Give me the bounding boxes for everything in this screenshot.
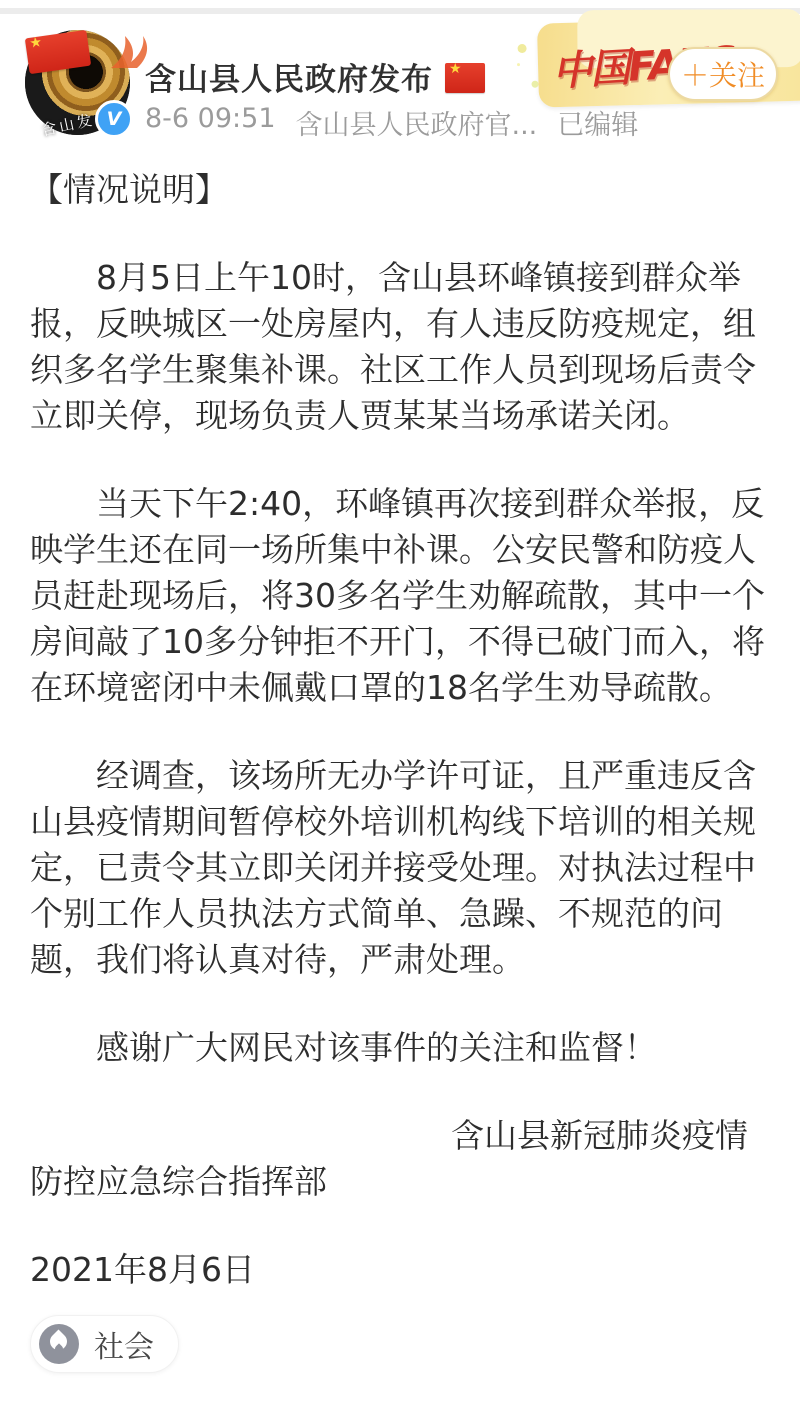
- post-meta: 8-6 09:51 含山县人民政府官... 已编辑: [145, 103, 638, 142]
- paragraph-4: 感谢广大网民对该事件的关注和监督！: [30, 1025, 770, 1071]
- author-name[interactable]: 含山县人民政府发布: [145, 62, 433, 98]
- verified-badge-icon: V: [95, 100, 133, 138]
- avatar[interactable]: ★ 含山发 V: [25, 30, 130, 135]
- flag-star: ★: [449, 61, 462, 77]
- author-row: 含山县人民政府发布★: [145, 54, 485, 99]
- edited-label: 已编辑: [557, 103, 638, 142]
- tag-label: 社会: [94, 1322, 154, 1366]
- paragraph-3: 经调查，该场所无办学许可证，且严重违反含山县疫情期间暂停校外培训机构线下培训的相…: [30, 753, 770, 983]
- post-header: ★ 含山发 V 含山县人民政府发布★ 8-6 09:51 含山县人民政府官...…: [0, 14, 800, 154]
- follow-button[interactable]: ＋关注: [668, 47, 778, 101]
- post-title: 【情况说明】: [30, 167, 770, 213]
- paragraph-1: 8月5日上午10时，含山县环峰镇接到群众举报，反映城区一处房屋内，有人违反防疫规…: [30, 255, 770, 439]
- post-date: 2021年8月6日: [30, 1247, 770, 1293]
- category-tag[interactable]: 社会: [30, 1315, 179, 1373]
- timestamp: 8-6 09:51: [145, 103, 276, 142]
- signature-line-1: 含山县新冠肺炎疫情: [30, 1113, 770, 1159]
- signature-line-2: 防控应急综合指挥部: [30, 1159, 770, 1205]
- paragraph-2: 当天下午2:40，环峰镇再次接到群众举报，反映学生还在同一场所集中补课。公安民警…: [30, 481, 770, 711]
- post-content: 【情况说明】 8月5日上午10时，含山县环峰镇接到群众举报，反映城区一处房屋内，…: [30, 167, 770, 1373]
- source-link[interactable]: 含山县人民政府官...: [296, 103, 538, 142]
- china-flag-emoji-icon: ★: [445, 63, 485, 93]
- flag-star: ★: [28, 34, 43, 52]
- flame-icon: [39, 1324, 79, 1364]
